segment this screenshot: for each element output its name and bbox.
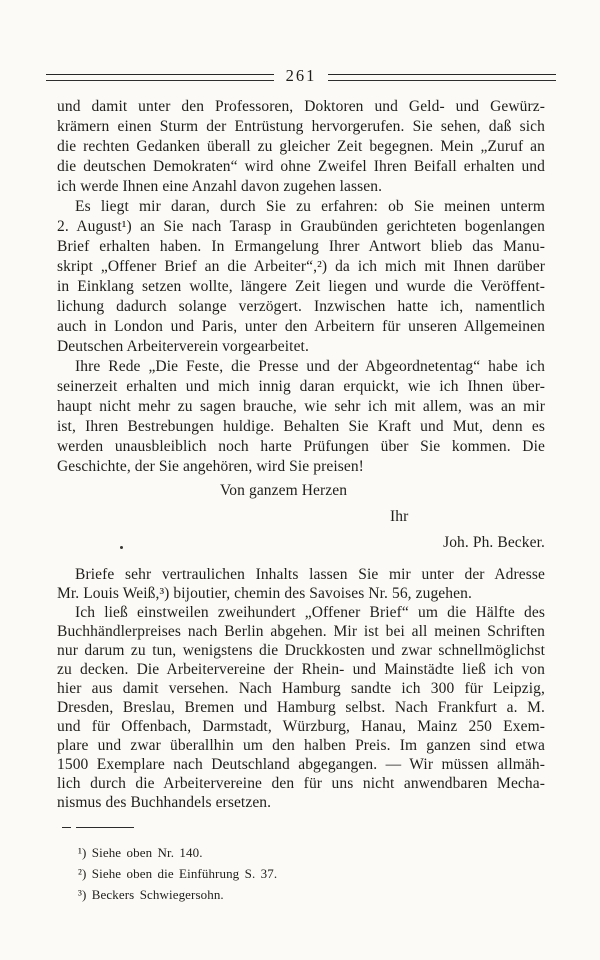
text-line: die deutschen Demokraten“ wird ohne Zwei… (57, 157, 545, 177)
text-line: hier aus damit versehen. Nach Hamburg sa… (57, 679, 545, 698)
header-rule-right (328, 74, 556, 81)
footnote-separator-line (76, 827, 134, 828)
book-page: 261 und damit unter den Professoren, Dok… (0, 0, 600, 960)
postscript-paragraph: Ich ließ einstweilen zweihundert „Offene… (57, 603, 545, 812)
text-line: plare und zwar überallhin um den halben … (57, 736, 545, 755)
footnote-1: ¹) Siehe oben Nr. 140. (78, 842, 545, 863)
text-line: seinerzeit erhalten und mich innig daran… (57, 377, 545, 397)
text-line: und für Offenbach, Darmstadt, Würzburg, … (57, 717, 545, 736)
footnote-3: ³) Beckers Schwiegersohn. (78, 884, 545, 905)
signature-pronoun: Ihr (57, 507, 545, 527)
text-line: Mr. Louis Weiß,³) bijoutier, chemin des … (57, 584, 545, 603)
letter-paragraph: Ihre Rede „Die Feste, die Presse und der… (57, 357, 545, 477)
text-line: nur darum zu tun, wenigstens die Druckko… (57, 641, 545, 660)
page-header: 261 (46, 70, 556, 84)
text-line: Ihre Rede „Die Feste, die Presse und der… (57, 357, 545, 377)
text-line: Geschichte, der Sie angehören, wird Sie … (57, 457, 545, 477)
text-line: krämern einen Sturm der Entrüstung hervo… (57, 117, 545, 137)
text-line: 1500 Exemplare nach Deutschland abgegang… (57, 755, 545, 774)
text-line: 2. August¹) an Sie nach Tarasp in Graubü… (57, 217, 545, 237)
ink-speck (120, 546, 123, 549)
text-line: lichung dadurch solange verzögert. Inzwi… (57, 297, 545, 317)
text-line: lich durch die Arbeitervereine den für u… (57, 774, 545, 793)
footnote-separator (62, 826, 545, 829)
text-line: Ich ließ einstweilen zweihundert „Offene… (57, 603, 545, 622)
text-line: zu decken. Die Arbeitervereine der Rhein… (57, 660, 545, 679)
paragraph-continuation: und damit unter den Professoren, Doktore… (57, 97, 545, 197)
postscript-paragraph: Briefe sehr vertraulichen Inhalts lassen… (57, 565, 545, 603)
header-rule-left (46, 74, 274, 81)
text-line: die rechten Gedanken überall zu gleicher… (57, 137, 545, 157)
text-line: ich werde Ihnen eine Anzahl davon zugehe… (57, 177, 545, 197)
text-line: Brief erhalten haben. In Ermangelung Ihr… (57, 237, 545, 257)
text-line: Briefe sehr vertraulichen Inhalts lassen… (57, 565, 545, 584)
text-line: auch in London und Paris, unter den Arbe… (57, 317, 545, 337)
text-line: nismus des Buchhandels ersetzen. (57, 793, 545, 812)
text-line: Deutschen Arbeiterverein vorgearbeitet. (57, 337, 545, 357)
footnotes: ¹) Siehe oben Nr. 140. ²) Siehe oben die… (78, 842, 545, 905)
footnote-separator-dash (62, 827, 71, 828)
text-block: und damit unter den Professoren, Doktore… (57, 97, 545, 905)
text-line: und damit unter den Professoren, Doktore… (57, 97, 545, 117)
text-line: Es liegt mir daran, durch Sie zu erfahre… (57, 197, 545, 217)
page-number: 261 (286, 69, 317, 83)
text-line: werden unausbleiblich noch harte Prüfung… (57, 437, 545, 457)
text-line: in Einklang setzen wollte, längere Zeit … (57, 277, 545, 297)
text-line: Dresden, Breslau, Bremen und Hamburg sel… (57, 698, 545, 717)
text-line: ist, Ihren Bestrebungen huldige. Behalte… (57, 417, 545, 437)
text-line: haupt nicht mehr zu sagen brauche, wie s… (57, 397, 545, 417)
letter-paragraph: Es liegt mir daran, durch Sie zu erfahre… (57, 197, 545, 357)
text-line: skript „Offener Brief an die Arbeiter“,²… (57, 257, 545, 277)
text-line: Buchhändlerpreises nach Berlin abgehen. … (57, 622, 545, 641)
footnote-2: ²) Siehe oben die Einführung S. 37. (78, 863, 545, 884)
signature-name: Joh. Ph. Becker. (57, 533, 545, 553)
signature-closing: Von ganzem Herzen (57, 481, 545, 501)
